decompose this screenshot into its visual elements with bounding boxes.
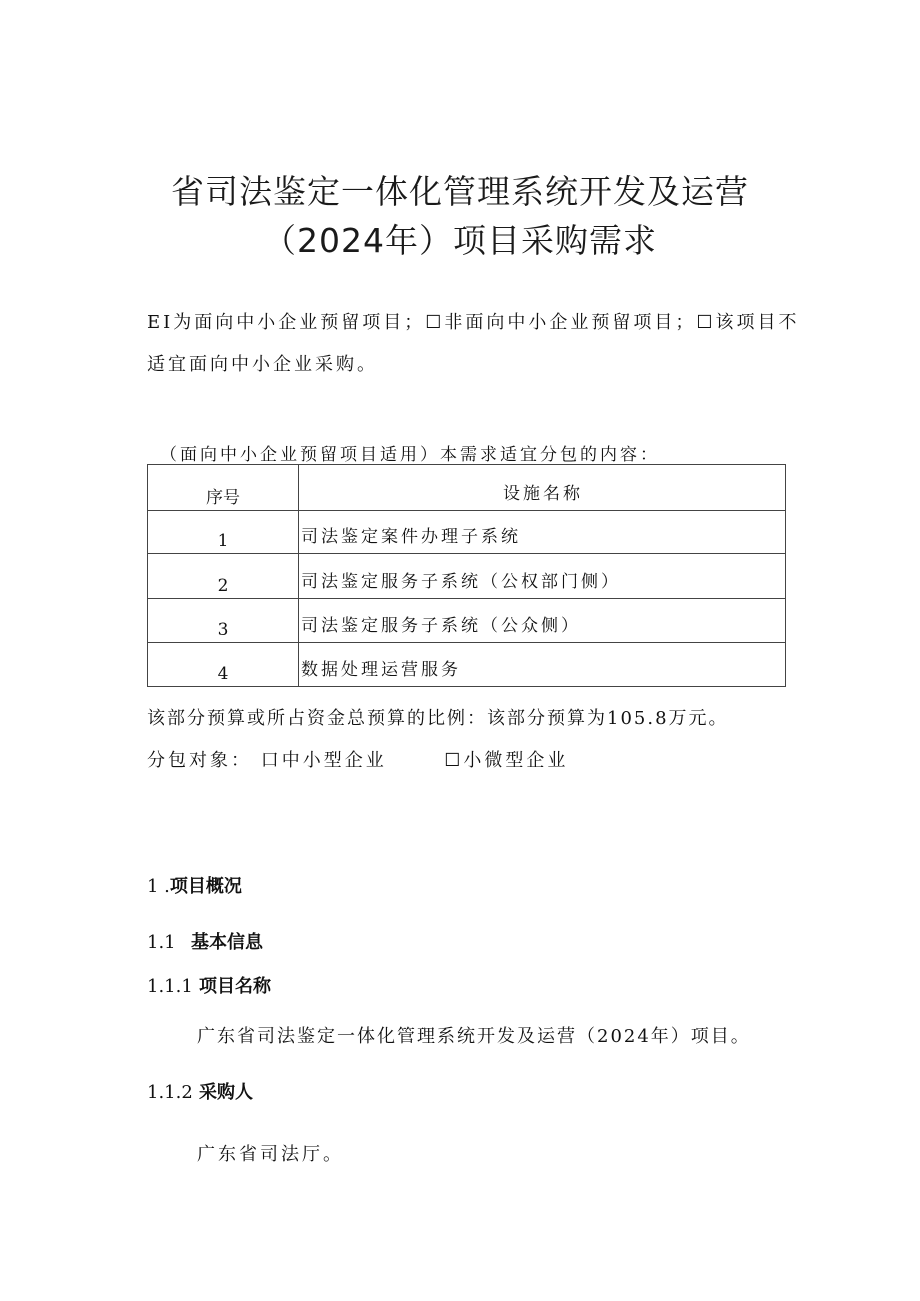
row-index: 3	[148, 599, 299, 643]
section-title: 基本信息	[191, 932, 263, 953]
table-row: 2 司法鉴定服务子系统（公权部门侧）	[148, 554, 786, 599]
section-1-1-heading: 1.1基本信息	[147, 928, 263, 954]
row-name: 数据处理运营服务	[299, 643, 786, 687]
option-micro: ☐小微型企业	[444, 750, 568, 771]
section-number: 1.1.1	[147, 976, 199, 997]
package-table: 序号 设施名称 1 司法鉴定案件办理子系统 2 司法鉴定服务子系统（公权部门侧）…	[147, 464, 786, 687]
section-number: 1.1.2	[147, 1082, 199, 1103]
sme-options-line1: EI为面向中小企业预留项目；☐非面向中小企业预留项目；☐该项目不	[147, 308, 800, 334]
table-row: 4 数据处理运营服务	[148, 643, 786, 687]
table-row: 3 司法鉴定服务子系统（公众侧）	[148, 599, 786, 643]
section-title: 项目名称	[199, 976, 271, 997]
row-index: 4	[148, 643, 299, 687]
table-header-row: 序号 设施名称	[148, 465, 786, 511]
row-index: 2	[148, 554, 299, 599]
doc-title-line2: （2024年）项目采购需求	[0, 215, 920, 262]
section-number: 1.1	[147, 932, 191, 953]
header-index: 序号	[148, 465, 299, 511]
table-row: 1 司法鉴定案件办理子系统	[148, 511, 786, 554]
row-name: 司法鉴定案件办理子系统	[299, 511, 786, 554]
row-index: 1	[148, 511, 299, 554]
row-name: 司法鉴定服务子系统（公权部门侧）	[299, 554, 786, 599]
section-title: 采购人	[199, 1082, 253, 1103]
package-intro: （面向中小企业预留项目适用）本需求适宜分包的内容：	[160, 440, 660, 465]
section-1-1-2-heading: 1.1.2采购人	[147, 1078, 253, 1104]
doc-title-line1: 省司法鉴定一体化管理系统开发及运营	[0, 166, 920, 213]
section-1-1-1-heading: 1.1.1项目名称	[147, 972, 271, 998]
project-name-text: 广东省司法鉴定一体化管理系统开发及运营（2024年）项目。	[197, 1022, 751, 1048]
section-number: 1 .	[147, 876, 170, 897]
section-1-heading: 1 .项目概况	[147, 872, 242, 898]
package-target: 分包对象： 口中小型企业 ☐小微型企业	[147, 746, 568, 772]
row-name: 司法鉴定服务子系统（公众侧）	[299, 599, 786, 643]
package-target-label: 分包对象：	[147, 750, 252, 771]
option-sme: 口中小型企业	[261, 750, 387, 771]
sme-options-line2: 适宜面向中小企业采购。	[147, 350, 378, 376]
header-name: 设施名称	[299, 465, 786, 511]
section-title: 项目概况	[170, 876, 242, 897]
purchaser-text: 广东省司法厅。	[197, 1140, 344, 1166]
budget-line: 该部分预算或所占资金总预算的比例：该部分预算为105.8万元。	[147, 704, 729, 730]
